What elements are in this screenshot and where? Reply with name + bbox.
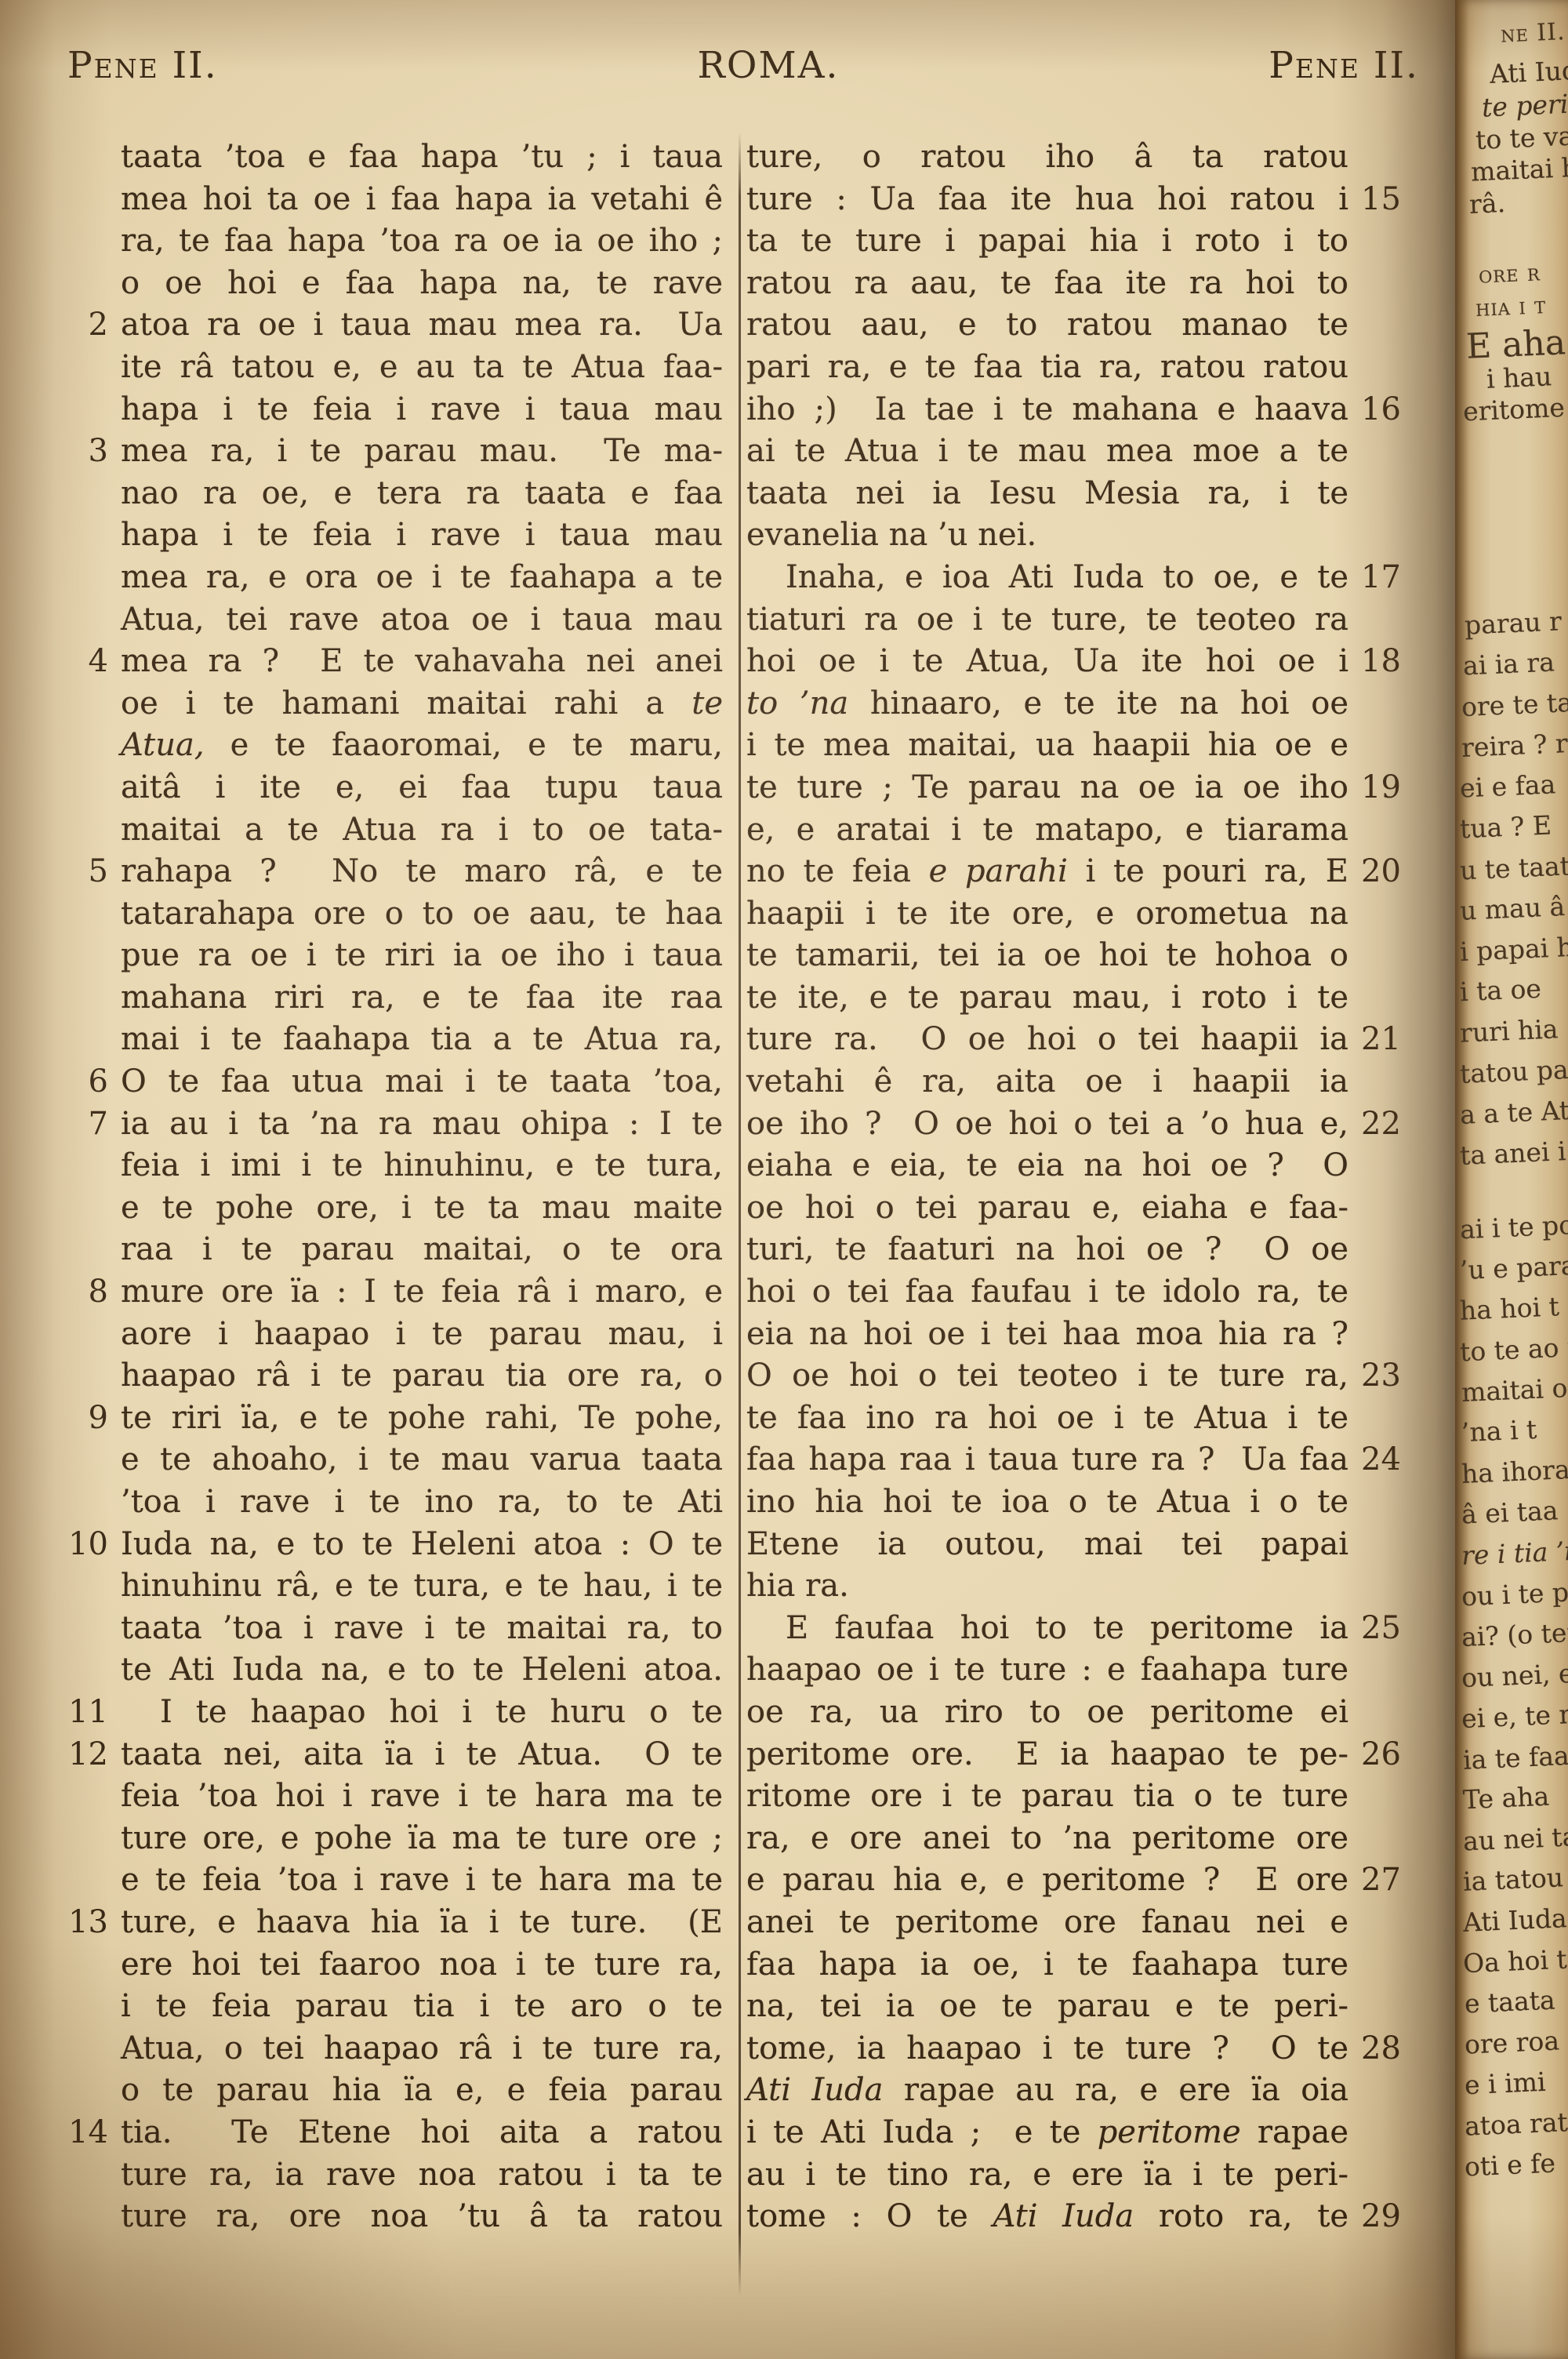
verse-number: 14 bbox=[49, 2114, 121, 2150]
verse-text: hinuhinu râ, e te tura, e te hau, i te bbox=[121, 1565, 723, 1608]
verse-text: taata nei ia Iesu Mesia ra, i te bbox=[746, 473, 1348, 515]
verse-text: o oe hoi e faa hapa na, te rave bbox=[121, 263, 723, 305]
verse-text: i te mea maitai, ua haapii hia oe e bbox=[746, 725, 1348, 767]
verse-text: nao ra oe, e tera ra taata e faa bbox=[121, 473, 723, 515]
next-page-text-fragment: atoa rat bbox=[1464, 2106, 1568, 2142]
text-line: 11I te haapao hoi i te huru o te bbox=[49, 1692, 723, 1734]
verse-text: e, e aratai i te matapo, e tiarama bbox=[746, 809, 1348, 852]
verse-number: 2 bbox=[49, 307, 121, 343]
text-line: eia na hoi oe i tei haa moa hia ra ? bbox=[746, 1314, 1421, 1356]
next-page-text-fragment: ou nei, e bbox=[1461, 1658, 1568, 1693]
verse-text: maitai a te Atua ra i to oe tata- bbox=[121, 809, 723, 852]
verse-text: Iuda na, e to te Heleni atoa : O te bbox=[121, 1524, 723, 1566]
text-line: ture ra. O oe hoi o tei haapii ia21 bbox=[746, 1019, 1421, 1061]
verse-text: te ite, e te parau mau, i roto i te bbox=[746, 977, 1348, 1020]
text-line: tiaturi ra oe i te ture, te teoteo ra bbox=[746, 599, 1421, 642]
verse-text: tia. Te Etene hoi aita a ratou bbox=[121, 2112, 723, 2154]
text-line: raa i te parau maitai, o te ora bbox=[49, 1229, 723, 1271]
verse-text: taata nei, aita ïa i te Atua. O te bbox=[121, 1734, 723, 1776]
next-page-text-fragment: ou i te pa bbox=[1461, 1576, 1568, 1612]
next-page-text-fragment: ha hoi t bbox=[1459, 1291, 1559, 1325]
text-line: taata ’toa e faa hapa ’tu ; i taua bbox=[49, 136, 723, 179]
text-line: taata nei ia Iesu Mesia ra, i te bbox=[746, 473, 1421, 515]
next-page-text-fragment: ia te faaha bbox=[1462, 1739, 1568, 1776]
next-page-text-fragment: oti e fe bbox=[1464, 2147, 1556, 2182]
text-line: taata ’toa i rave i te maitai ra, to bbox=[49, 1608, 723, 1650]
text-line: tome : O te Ati Iuda roto ra, te29 bbox=[746, 2196, 1421, 2238]
next-page-text-fragment: ai? (o tei bbox=[1461, 1617, 1568, 1652]
text-line: 5rahapa ? No te maro râ, e te bbox=[49, 851, 723, 893]
verse-number: 11 bbox=[49, 1694, 121, 1730]
text-line: 6O te faa utua mai i te taata ’toa, bbox=[49, 1061, 723, 1103]
text-line: O oe hoi o tei teoteo i te ture ra,23 bbox=[746, 1355, 1421, 1398]
verse-text: i te feia parau tia i te aro o te bbox=[121, 1986, 723, 2028]
verse-text: hoi o tei faa faufau i te idolo ra, te bbox=[746, 1271, 1348, 1314]
next-page-edge: ne II. IIAti Iudate peritonto te varmait… bbox=[1455, 0, 1568, 2359]
text-line: ra, e ore anei to ’na peritome ore bbox=[746, 1818, 1421, 1860]
verse-text: ia au i ta ’na ra mau ohipa : I te bbox=[121, 1103, 723, 1146]
text-line: pue ra oe i te riri ia oe iho i taua bbox=[49, 935, 723, 977]
text-line: 4mea ra ? E te vahavaha nei anei bbox=[49, 641, 723, 683]
text-line: mea hoi ta oe i faa hapa ia vetahi ê bbox=[49, 179, 723, 221]
verse-number: 28 bbox=[1348, 2030, 1421, 2066]
verse-text: ta te ture i papai hia i roto i to bbox=[746, 220, 1348, 263]
text-line: oe iho ? O oe hoi o tei a ’o hua e,22 bbox=[746, 1103, 1421, 1146]
verse-number: 9 bbox=[49, 1400, 121, 1436]
verse-number: 27 bbox=[1348, 1862, 1421, 1898]
verse-number: 13 bbox=[49, 1904, 121, 1940]
verse-number: 15 bbox=[1348, 181, 1421, 217]
text-line: 3mea ra, i te parau mau. Te ma- bbox=[49, 431, 723, 473]
text-line: faa hapa ia oe, i te faahapa ture bbox=[746, 1944, 1421, 1986]
text-line: Atua, tei rave atoa oe i taua mau bbox=[49, 599, 723, 642]
verse-text: turi, te faaturi na hoi oe ? O oe bbox=[746, 1229, 1348, 1271]
text-line: ta te ture i papai hia i roto i to bbox=[746, 220, 1421, 263]
next-page-text-fragment: to te var bbox=[1475, 120, 1568, 155]
next-page-text-fragment: Oa hoi te bbox=[1462, 1943, 1568, 1979]
text-line: ture ra, ia rave noa ratou i ta te bbox=[49, 2154, 723, 2197]
text-line: eiaha e eia, te eia na hoi oe ? O bbox=[746, 1145, 1421, 1187]
verse-number: 4 bbox=[49, 643, 121, 679]
verse-text: oe i te hamani maitai rahi a te bbox=[121, 683, 723, 725]
text-line: 8mure ore ïa : I te feia râ i maro, e bbox=[49, 1271, 723, 1314]
verse-text: oe hoi o tei parau e, eiaha e faa- bbox=[746, 1187, 1348, 1230]
text-line: no te feia e parahi i te pouri ra, E20 bbox=[746, 851, 1421, 893]
next-page-text-fragment: tatou pa bbox=[1459, 1054, 1568, 1089]
column-right: ture, o ratou iho â ta ratouture : Ua fa… bbox=[746, 136, 1421, 2238]
verse-text: ture ra. O oe hoi o tei haapii ia bbox=[746, 1019, 1348, 1061]
verse-number: 12 bbox=[49, 1736, 121, 1772]
verse-text: pari ra, e te faa tia ra, ratou ratou bbox=[746, 347, 1348, 389]
text-line: hoi o tei faa faufau i te idolo ra, te bbox=[746, 1271, 1421, 1314]
verse-text: haapao râ i te parau tia ore ra, o bbox=[121, 1355, 723, 1398]
text-line: e, e aratai i te matapo, e tiarama bbox=[746, 809, 1421, 852]
text-line: pari ra, e te faa tia ra, ratou ratou bbox=[746, 347, 1421, 389]
text-line: 7ia au i ta ’na ra mau ohipa : I te bbox=[49, 1103, 723, 1146]
text-line: hapa i te feia i rave i taua mau bbox=[49, 389, 723, 431]
text-line: e parau hia e, e peritome ? E ore27 bbox=[746, 1859, 1421, 1902]
text-line: e te pohe ore, i te ta mau maite bbox=[49, 1187, 723, 1230]
verse-text: hia ra. bbox=[746, 1565, 1348, 1608]
next-page-text-fragment: parau r bbox=[1464, 605, 1562, 640]
verse-text: mea ra, e ora oe i te faahapa a te bbox=[121, 557, 723, 599]
verse-text: feia ’toa hoi i rave i te hara ma te bbox=[121, 1776, 723, 1818]
verse-text: iho ;) Ia tae i te mahana e haava bbox=[746, 389, 1348, 431]
text-line: 13ture, e haava hia ïa i te ture. (E bbox=[49, 1902, 723, 1944]
verse-text: tiaturi ra oe i te ture, te teoteo ra bbox=[746, 599, 1348, 642]
verse-text: oe iho ? O oe hoi o tei a ’o hua e, bbox=[746, 1103, 1348, 1146]
verse-number: 5 bbox=[49, 853, 121, 889]
text-line: ino hia hoi te ioa o te Atua i o te bbox=[746, 1481, 1421, 1524]
text-line: aitâ i ite e, ei faa tupu taua bbox=[49, 767, 723, 809]
text-line: maitai a te Atua ra i to oe tata- bbox=[49, 809, 723, 852]
column-left: taata ’toa e faa hapa ’tu ; i tauamea ho… bbox=[49, 136, 723, 2238]
running-head-left: Pene II. bbox=[67, 44, 218, 87]
verse-number: 17 bbox=[1348, 559, 1421, 595]
text-line: ture ore, e pohe ïa ma te ture ore ; bbox=[49, 1818, 723, 1860]
next-page-text-fragment: u mau â bbox=[1459, 891, 1566, 926]
verse-text: na, tei ia oe te parau e te peri- bbox=[746, 1986, 1348, 2028]
verse-text: te faa ino ra hoi oe i te Atua i te bbox=[746, 1398, 1348, 1440]
next-page-text-fragment: maitai o bbox=[1461, 1372, 1568, 1408]
verse-text: no te feia e parahi i te pouri ra, E bbox=[746, 851, 1348, 893]
next-page-text-fragment: ore roa bbox=[1464, 2025, 1560, 2059]
next-page-text-fragment: ore te ta bbox=[1461, 687, 1568, 722]
next-page-text-fragment: te periton bbox=[1481, 86, 1568, 122]
verse-text: ture ra, ore noa ’tu â ta ratou bbox=[121, 2196, 723, 2238]
next-page-text-fragment: e taata bbox=[1464, 1984, 1555, 2019]
text-line: te tamarii, tei ia oe hoi te hohoa o bbox=[746, 935, 1421, 977]
verse-text: ratou ra aau, te faa ite ra hoi to bbox=[746, 263, 1348, 305]
verse-text: mai i te faahapa tia a te Atua ra, bbox=[121, 1019, 723, 1061]
verse-text: Atua, tei rave atoa oe i taua mau bbox=[121, 599, 723, 642]
next-page-text-fragment: a a te At bbox=[1459, 1095, 1568, 1130]
verse-text: eiaha e eia, te eia na hoi oe ? O bbox=[746, 1145, 1348, 1187]
text-line: faa hapa raa i taua ture ra ? Ua faa24 bbox=[746, 1439, 1421, 1481]
text-line: evanelia na ’u nei. bbox=[746, 514, 1421, 557]
verse-text: taata ’toa i rave i te maitai ra, to bbox=[121, 1608, 723, 1650]
verse-text: aitâ i ite e, ei faa tupu taua bbox=[121, 767, 723, 809]
next-page-text-fragment: ai ia ra bbox=[1462, 646, 1555, 681]
verse-text: ra, te faa hapa ’toa ra oe ia oe iho ; bbox=[121, 220, 723, 263]
verse-text: e te pohe ore, i te ta mau maite bbox=[121, 1187, 723, 1230]
next-page-text-fragment: ne II. II bbox=[1500, 16, 1568, 48]
text-line: te ture ; Te parau na oe ia oe iho19 bbox=[746, 767, 1421, 809]
text-line: Atua, e te faaoromai, e te maru, bbox=[49, 725, 723, 767]
text-line: feia ’toa hoi i rave i te hara ma te bbox=[49, 1776, 723, 1818]
verse-text: I te haapao hoi i te huru o te bbox=[121, 1692, 723, 1734]
text-line: vetahi ê ra, aita oe i haapii ia bbox=[746, 1061, 1421, 1103]
verse-text: e te feia ’toa i rave i te hara ma te bbox=[121, 1859, 723, 1902]
verse-text: evanelia na ’u nei. bbox=[746, 514, 1348, 557]
text-line: 14tia. Te Etene hoi aita a ratou bbox=[49, 2112, 723, 2154]
text-line: hoi oe i te Atua, Ua ite hoi oe i18 bbox=[746, 641, 1421, 683]
next-page-text-fragment: i hau bbox=[1486, 361, 1552, 394]
text-line: E faufaa hoi to te peritome ia25 bbox=[746, 1608, 1421, 1650]
text-line: ere hoi tei faaroo noa i te ture ra, bbox=[49, 1944, 723, 1986]
verse-text: ritome ore i te parau tia o te ture bbox=[746, 1776, 1348, 1818]
next-page-text-fragment: Ati Iuda bbox=[1489, 54, 1568, 89]
text-line: o oe hoi e faa hapa na, te rave bbox=[49, 263, 723, 305]
text-line: e te feia ’toa i rave i te hara ma te bbox=[49, 1859, 723, 1902]
verse-text: aore i haapao i te parau mau, i bbox=[121, 1314, 723, 1356]
text-line: hinuhinu râ, e te tura, e te hau, i te bbox=[49, 1565, 723, 1608]
verse-text: ture : Ua faa ite hua hoi ratou i bbox=[746, 179, 1348, 221]
verse-text: tatarahapa ore o to oe aau, te haa bbox=[121, 893, 723, 936]
text-line: haapao râ i te parau tia ore ra, o bbox=[49, 1355, 723, 1398]
next-page-text-fragment: ’na i t bbox=[1461, 1414, 1537, 1448]
text-line: na, tei ia oe te parau e te peri- bbox=[746, 1986, 1421, 2028]
next-page-text-fragment: â ei taa bbox=[1461, 1495, 1559, 1529]
next-page-text-fragment: ha ihora bbox=[1461, 1454, 1568, 1489]
text-line: au i te tino ra, e ere ïa i te peri- bbox=[746, 2154, 1421, 2197]
verse-text: hapa i te feia i rave i taua mau bbox=[121, 514, 723, 557]
verse-text: taata ’toa e faa hapa ’tu ; i taua bbox=[121, 136, 723, 179]
verse-text: ture ra, ia rave noa ratou i ta te bbox=[121, 2154, 723, 2197]
verse-number: 26 bbox=[1348, 1736, 1421, 1772]
verse-number: 16 bbox=[1348, 391, 1421, 427]
text-line: te ite, e te parau mau, i roto i te bbox=[746, 977, 1421, 1020]
text-line: haapii i te ite ore, e orometua na bbox=[746, 893, 1421, 936]
verse-number: 6 bbox=[49, 1063, 121, 1100]
verse-text: raa i te parau maitai, o te ora bbox=[121, 1229, 723, 1271]
next-page-text-fragment: ei e faa bbox=[1459, 769, 1556, 803]
text-line: ture ra, ore noa ’tu â ta ratou bbox=[49, 2196, 723, 2238]
text-line: Atua, o tei haapao râ i te ture ra, bbox=[49, 2028, 723, 2070]
next-page-text-fragment: Ati Iuda bbox=[1462, 1903, 1567, 1938]
text-line: ritome ore i te parau tia o te ture bbox=[746, 1776, 1421, 1818]
verse-text: ere hoi tei faaroo noa i te ture ra, bbox=[121, 1944, 723, 1986]
verse-number: 19 bbox=[1348, 769, 1421, 805]
verse-text: atoa ra oe i taua mau mea ra. Ua bbox=[121, 304, 723, 347]
text-line: Inaha, e ioa Ati Iuda to oe, e te17 bbox=[746, 557, 1421, 599]
text-line: ture, o ratou iho â ta ratou bbox=[746, 136, 1421, 179]
verse-text: e parau hia e, e peritome ? E ore bbox=[746, 1859, 1348, 1902]
verse-text: O oe hoi o tei teoteo i te ture ra, bbox=[746, 1355, 1348, 1398]
text-line: 9te riri ïa, e te pohe rahi, Te pohe, bbox=[49, 1398, 723, 1440]
text-line: Etene ia outou, mai tei papai bbox=[746, 1524, 1421, 1566]
next-page-text-fragment: i papai h bbox=[1459, 932, 1568, 967]
next-page-text-fragment: i ta oe bbox=[1459, 973, 1541, 1007]
text-line: hia ra. bbox=[746, 1565, 1421, 1608]
verse-number: 7 bbox=[49, 1106, 121, 1142]
verse-text: oe ra, ua riro to oe peritome ei bbox=[746, 1692, 1348, 1734]
text-line: 12taata nei, aita ïa i te Atua. O te bbox=[49, 1734, 723, 1776]
verse-number: 22 bbox=[1348, 1106, 1421, 1142]
next-page-text-fragment: râ. bbox=[1468, 187, 1506, 220]
text-line: 10Iuda na, e to te Heleni atoa : O te bbox=[49, 1524, 723, 1566]
verse-text: anei te peritome ore fanau nei e bbox=[746, 1902, 1348, 1944]
next-page-text-fragment: tua ? E bbox=[1459, 809, 1552, 844]
text-line: i te feia parau tia i te aro o te bbox=[49, 1986, 723, 2028]
verse-number: 21 bbox=[1348, 1021, 1421, 1057]
verse-text: Ati Iuda rapae au ra, e ere ïa oia bbox=[746, 2070, 1348, 2112]
verse-number: 18 bbox=[1348, 643, 1421, 679]
verse-text: ture, o ratou iho â ta ratou bbox=[746, 136, 1348, 179]
verse-text: eia na hoi oe i tei haa moa hia ra ? bbox=[746, 1314, 1348, 1356]
next-page-text-fragment: E aha bbox=[1465, 322, 1566, 366]
text-line: hapa i te feia i rave i taua mau bbox=[49, 514, 723, 557]
next-page-text-fragment: Te aha bbox=[1462, 1781, 1550, 1816]
verse-text: te riri ïa, e te pohe rahi, Te pohe, bbox=[121, 1398, 723, 1440]
verse-text: tome, ia haapao i te ture ? O te bbox=[746, 2028, 1348, 2070]
text-line: mai i te faahapa tia a te Atua ra, bbox=[49, 1019, 723, 1061]
verse-text: haapii i te ite ore, e orometua na bbox=[746, 893, 1348, 936]
verse-text: ture ore, e pohe ïa ma te ture ore ; bbox=[121, 1818, 723, 1860]
verse-number: 10 bbox=[49, 1526, 121, 1562]
verse-text: te ture ; Te parau na oe ia oe iho bbox=[746, 767, 1348, 809]
verse-text: Etene ia outou, mai tei papai bbox=[746, 1524, 1348, 1566]
verse-text: ’toa i rave i te ino ra, to te Ati bbox=[121, 1481, 723, 1524]
text-line: 2atoa ra oe i taua mau mea ra. Ua bbox=[49, 304, 723, 347]
verse-text: ai te Atua i te mau mea moe a te bbox=[746, 431, 1348, 473]
verse-text: hapa i te feia i rave i taua mau bbox=[121, 389, 723, 431]
verse-text: e te ahoaho, i te mau varua taata bbox=[121, 1439, 723, 1481]
verse-number: 24 bbox=[1348, 1441, 1421, 1478]
text-line: oe hoi o tei parau e, eiaha e faa- bbox=[746, 1187, 1421, 1230]
book-page: Pene II. ROMA. Pene II. taata ’toa e faa… bbox=[0, 0, 1568, 2359]
verse-text: te Ati Iuda na, e to te Heleni atoa. bbox=[121, 1649, 723, 1692]
text-line: nao ra oe, e tera ra taata e faa bbox=[49, 473, 723, 515]
verse-number: 29 bbox=[1348, 2198, 1421, 2234]
text-line: ’toa i rave i te ino ra, to te Ati bbox=[49, 1481, 723, 1524]
verse-text: to ’na hinaaro, e te ite na hoi oe bbox=[746, 683, 1348, 725]
text-line: iho ;) Ia tae i te mahana e haava16 bbox=[746, 389, 1421, 431]
verse-text: haapao oe i te ture : e faahapa ture bbox=[746, 1649, 1348, 1692]
next-page-text-fragment: hia i t bbox=[1475, 292, 1547, 322]
text-line: e te ahoaho, i te mau varua taata bbox=[49, 1439, 723, 1481]
verse-text: mea hoi ta oe i faa hapa ia vetahi ê bbox=[121, 179, 723, 221]
next-page-text-fragment: ta anei i bbox=[1459, 1136, 1566, 1171]
verse-text: mure ore ïa : I te feia râ i maro, e bbox=[121, 1271, 723, 1314]
verse-number: 25 bbox=[1348, 1610, 1421, 1646]
verse-text: pue ra oe i te riri ia oe iho i taua bbox=[121, 935, 723, 977]
text-line: turi, te faaturi na hoi oe ? O oe bbox=[746, 1229, 1421, 1271]
verse-text: rahapa ? No te maro râ, e te bbox=[121, 851, 723, 893]
next-page-text-fragment: eritome ? bbox=[1462, 391, 1568, 427]
text-line: i te Ati Iuda ; e te peritome rapae bbox=[746, 2112, 1421, 2154]
verse-number: 23 bbox=[1348, 1358, 1421, 1394]
text-line: te faa ino ra hoi oe i te Atua i te bbox=[746, 1398, 1421, 1440]
text-line: tatarahapa ore o to oe aau, te haa bbox=[49, 893, 723, 936]
text-line: Ati Iuda rapae au ra, e ere ïa oia bbox=[746, 2070, 1421, 2112]
verse-text: ra, e ore anei to ’na peritome ore bbox=[746, 1818, 1348, 1860]
text-line: aore i haapao i te parau mau, i bbox=[49, 1314, 723, 1356]
text-line: peritome ore. E ia haapao te pe-26 bbox=[746, 1734, 1421, 1776]
text-line: mahana riri ra, e te faa ite raa bbox=[49, 977, 723, 1020]
next-page-text-fragment: ’u e para bbox=[1459, 1250, 1568, 1285]
verse-text: vetahi ê ra, aita oe i haapii ia bbox=[746, 1061, 1348, 1103]
verse-text: mahana riri ra, e te faa ite raa bbox=[121, 977, 723, 1020]
text-line: ratou aau, e to ratou manao te bbox=[746, 304, 1421, 347]
next-page-text-fragment: ore r bbox=[1478, 259, 1541, 289]
running-head-right: Pene II. bbox=[1223, 44, 1419, 87]
verse-text: faa hapa ia oe, i te faahapa ture bbox=[746, 1944, 1348, 1986]
next-page-text-fragment: u te taata bbox=[1459, 850, 1568, 886]
next-page-text-fragment: ai i te pol bbox=[1459, 1209, 1568, 1245]
text-line: ra, te faa hapa ’toa ra oe ia oe iho ; bbox=[49, 220, 723, 263]
verse-text: ture, e haava hia ïa i te ture. (E bbox=[121, 1902, 723, 1944]
next-page-text-fragment: ei e, te n bbox=[1461, 1699, 1568, 1734]
text-line: ai te Atua i te mau mea moe a te bbox=[746, 431, 1421, 473]
verse-text: hoi oe i te Atua, Ua ite hoi oe i bbox=[746, 641, 1348, 683]
text-line: haapao oe i te ture : e faahapa ture bbox=[746, 1649, 1421, 1692]
running-head-title: ROMA. bbox=[666, 44, 870, 87]
text-line: oe ra, ua riro to oe peritome ei bbox=[746, 1692, 1421, 1734]
verse-text: i te Ati Iuda ; e te peritome rapae bbox=[746, 2112, 1348, 2154]
text-line: mea ra, e ora oe i te faahapa a te bbox=[49, 557, 723, 599]
verse-number: 3 bbox=[49, 433, 121, 469]
next-page-text-fragment: e i imi bbox=[1464, 2066, 1546, 2100]
verse-text: Inaha, e ioa Ati Iuda to oe, e te bbox=[746, 557, 1348, 599]
text-line: anei te peritome ore fanau nei e bbox=[746, 1902, 1421, 1944]
text-line: to ’na hinaaro, e te ite na hoi oe bbox=[746, 683, 1421, 725]
verse-text: mea ra, i te parau mau. Te ma- bbox=[121, 431, 723, 473]
verse-text: au i te tino ra, e ere ïa i te peri- bbox=[746, 2154, 1348, 2197]
verse-text: E faufaa hoi to te peritome ia bbox=[746, 1608, 1348, 1650]
next-page-text-fragment: ia tatou bbox=[1462, 1862, 1564, 1897]
next-page-text-fragment: to te ao n bbox=[1459, 1332, 1568, 1368]
verse-text: faa hapa raa i taua ture ra ? Ua faa bbox=[746, 1439, 1348, 1481]
verse-text: tome : O te Ati Iuda roto ra, te bbox=[746, 2196, 1348, 2238]
verse-text: ite râ tatou e, e au ta te Atua faa- bbox=[121, 347, 723, 389]
next-page-text-fragment: reira ? r bbox=[1461, 728, 1568, 763]
text-line: ite râ tatou e, e au ta te Atua faa- bbox=[49, 347, 723, 389]
text-line: ratou ra aau, te faa ite ra hoi to bbox=[746, 263, 1421, 305]
text-line: ture : Ua faa ite hua hoi ratou i15 bbox=[746, 179, 1421, 221]
verse-text: te tamarii, tei ia oe hoi te hohoa o bbox=[746, 935, 1348, 977]
verse-number: 8 bbox=[49, 1274, 121, 1310]
next-page-text-fragment: ruri hia bbox=[1459, 1013, 1559, 1048]
verse-number: 20 bbox=[1348, 853, 1421, 889]
next-page-text-fragment: au nei tat bbox=[1462, 1821, 1568, 1857]
verse-text: ratou aau, e to ratou manao te bbox=[746, 304, 1348, 347]
verse-text: mea ra ? E te vahavaha nei anei bbox=[121, 641, 723, 683]
verse-text: o te parau hia ïa e, e feia parau bbox=[121, 2070, 723, 2112]
text-line: oe i te hamani maitai rahi a te bbox=[49, 683, 723, 725]
verse-text: Atua, o tei haapao râ i te ture ra, bbox=[121, 2028, 723, 2070]
text-line: i te mea maitai, ua haapii hia oe e bbox=[746, 725, 1421, 767]
verse-text: feia i imi i te hinuhinu, e te tura, bbox=[121, 1145, 723, 1187]
text-line: o te parau hia ïa e, e feia parau bbox=[49, 2070, 723, 2112]
verse-text: ino hia hoi te ioa o te Atua i o te bbox=[746, 1481, 1348, 1524]
text-line: tome, ia haapao i te ture ? O te28 bbox=[746, 2028, 1421, 2070]
text-line: te Ati Iuda na, e to te Heleni atoa. bbox=[49, 1649, 723, 1692]
column-divider-rule bbox=[739, 132, 741, 2296]
verse-text: Atua, e te faaoromai, e te maru, bbox=[121, 725, 723, 767]
verse-text: peritome ore. E ia haapao te pe- bbox=[746, 1734, 1348, 1776]
next-page-text-fragment: re i tia ’i bbox=[1461, 1536, 1568, 1571]
text-line: feia i imi i te hinuhinu, e te tura, bbox=[49, 1145, 723, 1187]
verse-text: O te faa utua mai i te taata ’toa, bbox=[121, 1061, 723, 1103]
next-page-text-fragment: maitai hia bbox=[1470, 151, 1568, 187]
